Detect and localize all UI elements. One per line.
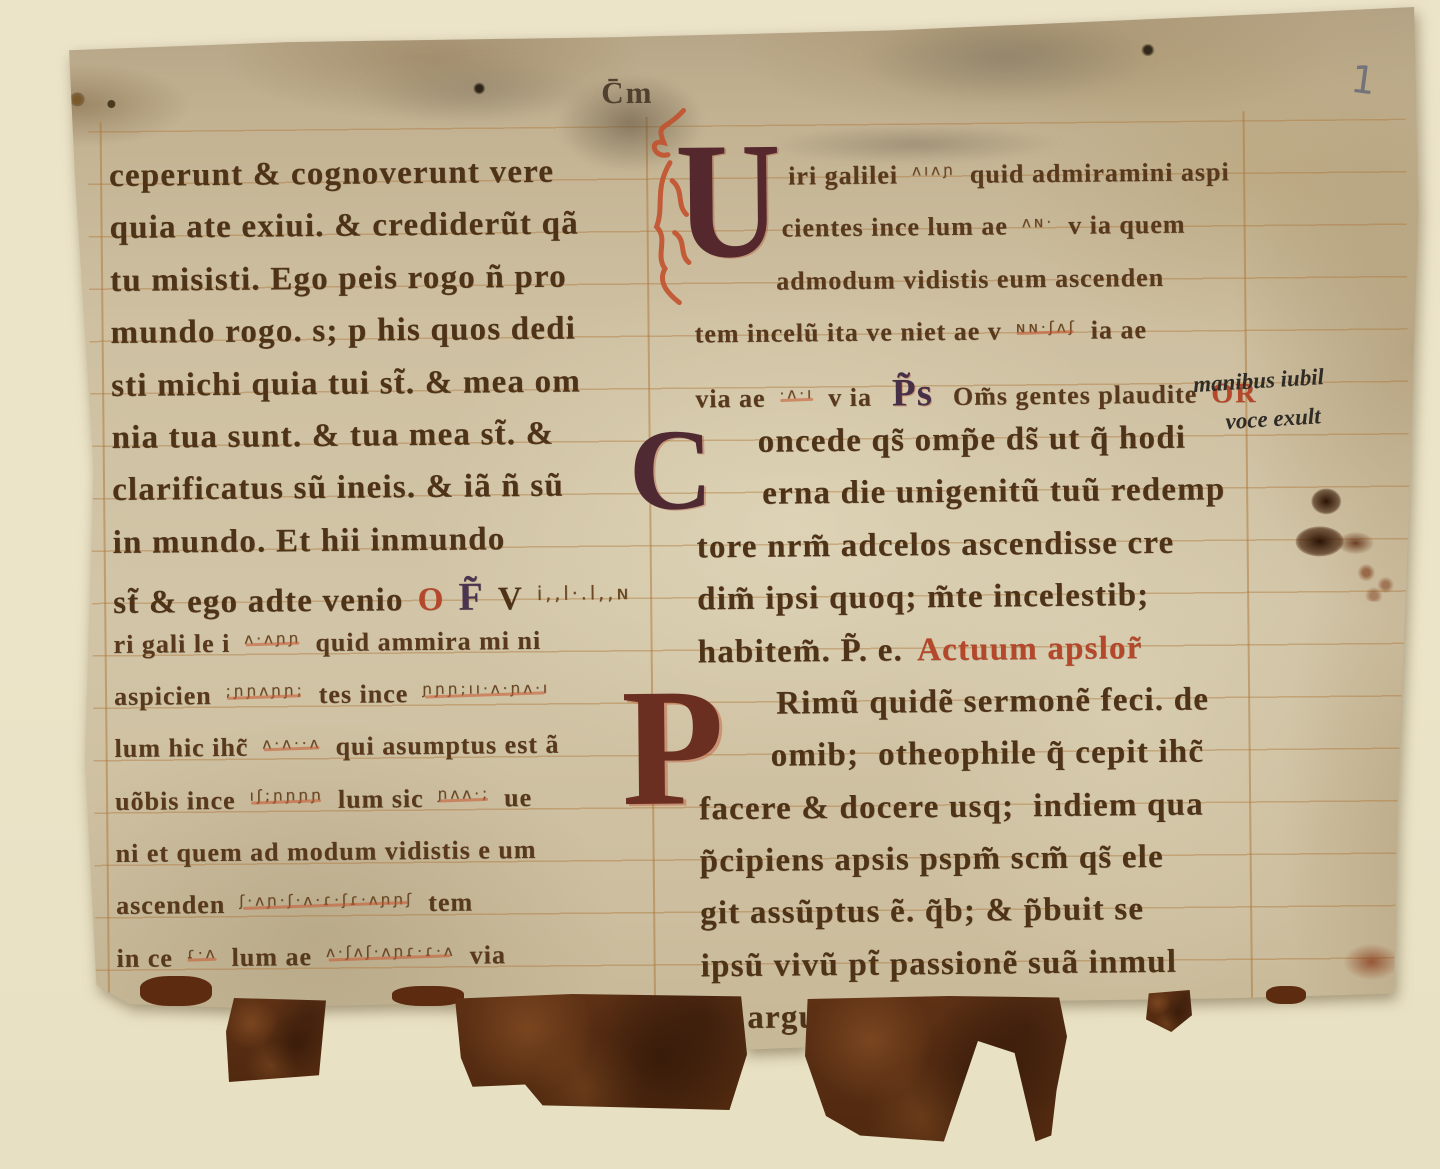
text-segment: tore nrm̃ adcelos ascendisse cre — [696, 525, 1174, 567]
text-segment: quia ate exiui. & crediderũt qã — [109, 206, 579, 248]
text-line-left-10: ri gali le iʌ·ʌɲɲquid ammira mi ni — [113, 624, 653, 682]
text-line-right-9: dim̃ ipsi quoq; m̃te incelestib; — [697, 576, 1262, 634]
text-line-left-4: mundo rogo. s; p his quos dedi — [110, 310, 650, 368]
text-segment: ue — [504, 783, 532, 813]
text-segment: facere & docere usq; indiem qua — [699, 786, 1204, 828]
text-segment: cientes ince lum ae — [781, 212, 1008, 244]
gray-smudge — [355, 55, 596, 127]
text-segment: Rimũ quidẽ sermonẽ feci. de — [776, 681, 1209, 722]
worm-hole — [69, 92, 85, 106]
text-segment: tem — [428, 888, 473, 918]
text-line-right-5: via ae·ʌ·ıv iaP̃sOm̃s gentes plauditeOR — [695, 367, 1260, 425]
text-segment: Om̃s gentes plaudite — [953, 379, 1198, 411]
folio-number-pencil: 1 — [1348, 57, 1378, 104]
page-content: C̄m 1 manibus iubil voce exult ceperunt … — [0, 0, 1440, 1169]
text-segment: habitem̃. P̃. e. — [698, 632, 904, 671]
worm-hole — [107, 100, 115, 108]
text-segment: P̃s — [892, 370, 933, 415]
dark-speck — [473, 82, 485, 94]
text-segment: git assũptus ẽ. q̃b; & p̃buit se — [700, 892, 1144, 933]
text-line-left-5: sti michi quia tui st̃. & mea om — [111, 362, 651, 420]
text-line-right-10: habitem̃. P̃. e.Actuum apslor̃ — [698, 629, 1263, 687]
text-segment: p̃cipiens apsis pspm̃ scm̃ qs̃ ele — [700, 839, 1165, 880]
neume-cluster: ʌ·ʌ··ʌ — [262, 734, 321, 753]
initial-c-concede: C — [628, 424, 713, 518]
text-line-right-14: p̃cipiens apsis pspm̃ scm̃ qs̃ ele — [700, 838, 1265, 896]
text-line-right-11: Rimũ quidẽ sermonẽ feci. de — [698, 681, 1263, 739]
text-line-left-8: in mundo. Et hii inmundo — [112, 520, 652, 578]
text-segment: omib; otheophile q̃ cepit ihc̃ — [771, 734, 1205, 775]
rust-fragment — [1266, 986, 1306, 1004]
initial-u-viri: U — [675, 134, 782, 268]
text-segment: lum hic ihc̃ — [114, 733, 248, 764]
text-segment: in ce — [116, 943, 173, 974]
initial-p-primum: P — [621, 680, 725, 815]
text-line-right-6: oncede qs̃ omp̃e ds̃ ut q̃ hodi — [695, 419, 1260, 477]
text-segment: aspicien — [114, 681, 212, 712]
text-line-left-12: lum hic ihc̃ʌ·ʌ··ʌqui asumptus est ã — [114, 729, 654, 787]
neume-cluster: ɲɲɲ;ıı·ʌ·ɲʌ·ı — [422, 679, 550, 698]
neume-cluster: ·ʌ·ı — [779, 384, 814, 402]
text-line-right-15: git assũptus ẽ. q̃b; & p̃buit se — [700, 890, 1265, 948]
text-segment: mundo rogo. s; p his quos dedi — [110, 311, 576, 352]
parchment-leaf: C̄m 1 manibus iubil voce exult ceperunt … — [0, 0, 1440, 1169]
rubric: O — [417, 582, 444, 619]
text-line-left-1: ceperunt & cognoverunt vere — [109, 153, 649, 211]
text-line-right-13: facere & docere usq; indiem qua — [699, 786, 1264, 844]
neume-cluster: ʃ·ʌɲ·ʃ·ʌ·ɾ·ʃɾ·ʌɲɲʃ — [239, 890, 414, 910]
text-segment: ipsũ vivũ pt̃ passionẽ suã inmul — [701, 944, 1178, 986]
text-line-right-12: omib; otheophile q̃ cepit ihc̃ — [699, 733, 1264, 791]
text-segment: st̃ & ego adte venio — [113, 582, 404, 622]
text-segment: tes ince — [319, 679, 409, 710]
parchment-surface: C̄m 1 manibus iubil voce exult ceperunt … — [0, 0, 1440, 1169]
text-line-right-4: tem incelũ ita ve niet ae vɴɴ·ʃʌʃia ae — [694, 314, 1259, 372]
text-segment: admodum vidistis eum ascenden — [776, 263, 1164, 297]
text-column-left: ceperunt & cognoverunt verequia ate exiu… — [109, 153, 657, 996]
text-segment: tu misisti. Ego peis rogo ñ pro — [110, 258, 567, 299]
text-line-right-7: erna die unigenitũ tuũ redemp — [696, 471, 1261, 529]
text-line-left-3: tu misisti. Ego peis rogo ñ pro — [110, 258, 650, 316]
neume-cluster: ʌ·ʌɲɲ — [244, 629, 301, 648]
text-line-left-9: st̃ & ego adte venioOF̃Vi,,l·.l,,ɴ — [113, 572, 653, 630]
text-segment: F̃ — [458, 574, 484, 620]
text-segment: ceperunt & cognoverunt vere — [109, 154, 554, 195]
neume-cluster: ;ɲɲʌɲɲ; — [226, 682, 305, 701]
text-line-left-6: nia tua sunt. & tua mea st̃. & — [111, 415, 651, 473]
rubric: Actuum apslor̃ — [917, 630, 1143, 669]
neume-cluster: ɲʌʌ·; — [438, 785, 491, 804]
text-line-left-13: uõbis inceıʃ;ɲɲɲɲlum sicɲʌʌ·;ue — [115, 782, 655, 840]
text-segment: v ia — [828, 382, 872, 412]
rust-fragment — [392, 986, 464, 1006]
gray-smudge — [855, 12, 1156, 105]
margin-note: manibus iubil voce exult — [1192, 357, 1328, 443]
neume-cluster: i,,l·.l,,ɴ — [537, 581, 632, 605]
text-segment: lum sic — [338, 784, 424, 815]
text-segment: quid admiramini aspi — [970, 157, 1230, 189]
rust-fragment — [140, 976, 212, 1006]
text-line-left-2: quia ate exiui. & crediderũt qã — [109, 205, 649, 263]
text-line-left-15: ascendenʃ·ʌɲ·ʃ·ʌ·ɾ·ʃɾ·ʌɲɲʃtem — [116, 886, 656, 944]
text-segment: iri galilei — [788, 160, 898, 191]
text-line-left-7: clarificatus sũ ineis. & iã ñ sũ — [112, 467, 652, 525]
text-segment: ri gali le i — [113, 628, 230, 659]
text-segment: dim̃ ipsi quoq; m̃te incelestib; — [697, 577, 1150, 618]
text-segment: ascenden — [116, 890, 225, 921]
text-segment: lum ae — [231, 942, 312, 973]
leather-tab — [226, 998, 326, 1082]
neume-cluster: ʌıʌɲ — [912, 161, 956, 179]
text-segment: v ia quem — [1068, 210, 1186, 241]
text-segment: erna die unigenitũ tuũ redemp — [762, 472, 1226, 513]
text-segment: quid ammira mi ni — [315, 625, 541, 657]
text-segment: clarificatus sũ ineis. & iã ñ sũ — [112, 468, 564, 509]
neume-cluster: ʌɴ· — [1022, 213, 1054, 231]
text-segment: nia tua sunt. & tua mea st̃. & — [111, 416, 554, 457]
text-segment: oncede qs̃ omp̃e ds̃ ut q̃ hodi — [757, 420, 1186, 461]
text-segment: ia ae — [1091, 315, 1148, 346]
text-segment: uõbis ince — [115, 786, 236, 817]
neume-cluster: ʌ·ʃʌʃ·ʌɲɾ·ɾ·ʌ — [326, 942, 456, 961]
neume-cluster: ɾ·ʌ — [187, 944, 218, 962]
neume-cluster: ıʃ;ɲɲɲɲ — [249, 786, 323, 805]
text-segment: tem incelũ ita ve niet ae v — [694, 317, 1001, 350]
dark-speck — [1141, 44, 1155, 56]
text-segment: qui asumptus est ã — [335, 730, 559, 762]
text-line-left-11: aspicien;ɲɲʌɲɲ;tes inceɲɲɲ;ıı·ʌ·ɲʌ·ı — [114, 677, 654, 735]
text-segment: ni et quem ad modum vidistis e um — [115, 835, 536, 869]
text-segment: via — [470, 940, 507, 970]
text-line-left-14: ni et quem ad modum vidistis e um — [115, 834, 655, 892]
margin-note-line2: voce exult — [1194, 396, 1327, 443]
text-segment: sti michi quia tui st̃. & mea om — [111, 363, 581, 405]
text-segment: in mundo. Et hii inmundo — [112, 521, 505, 562]
neume-cluster: ɴɴ·ʃʌʃ — [1016, 317, 1077, 336]
manuscript-photo: C̄m 1 manibus iubil voce exult ceperunt … — [0, 0, 1440, 1169]
text-line-right-8: tore nrm̃ adcelos ascendisse cre — [696, 524, 1261, 582]
text-segment: V — [498, 581, 523, 618]
